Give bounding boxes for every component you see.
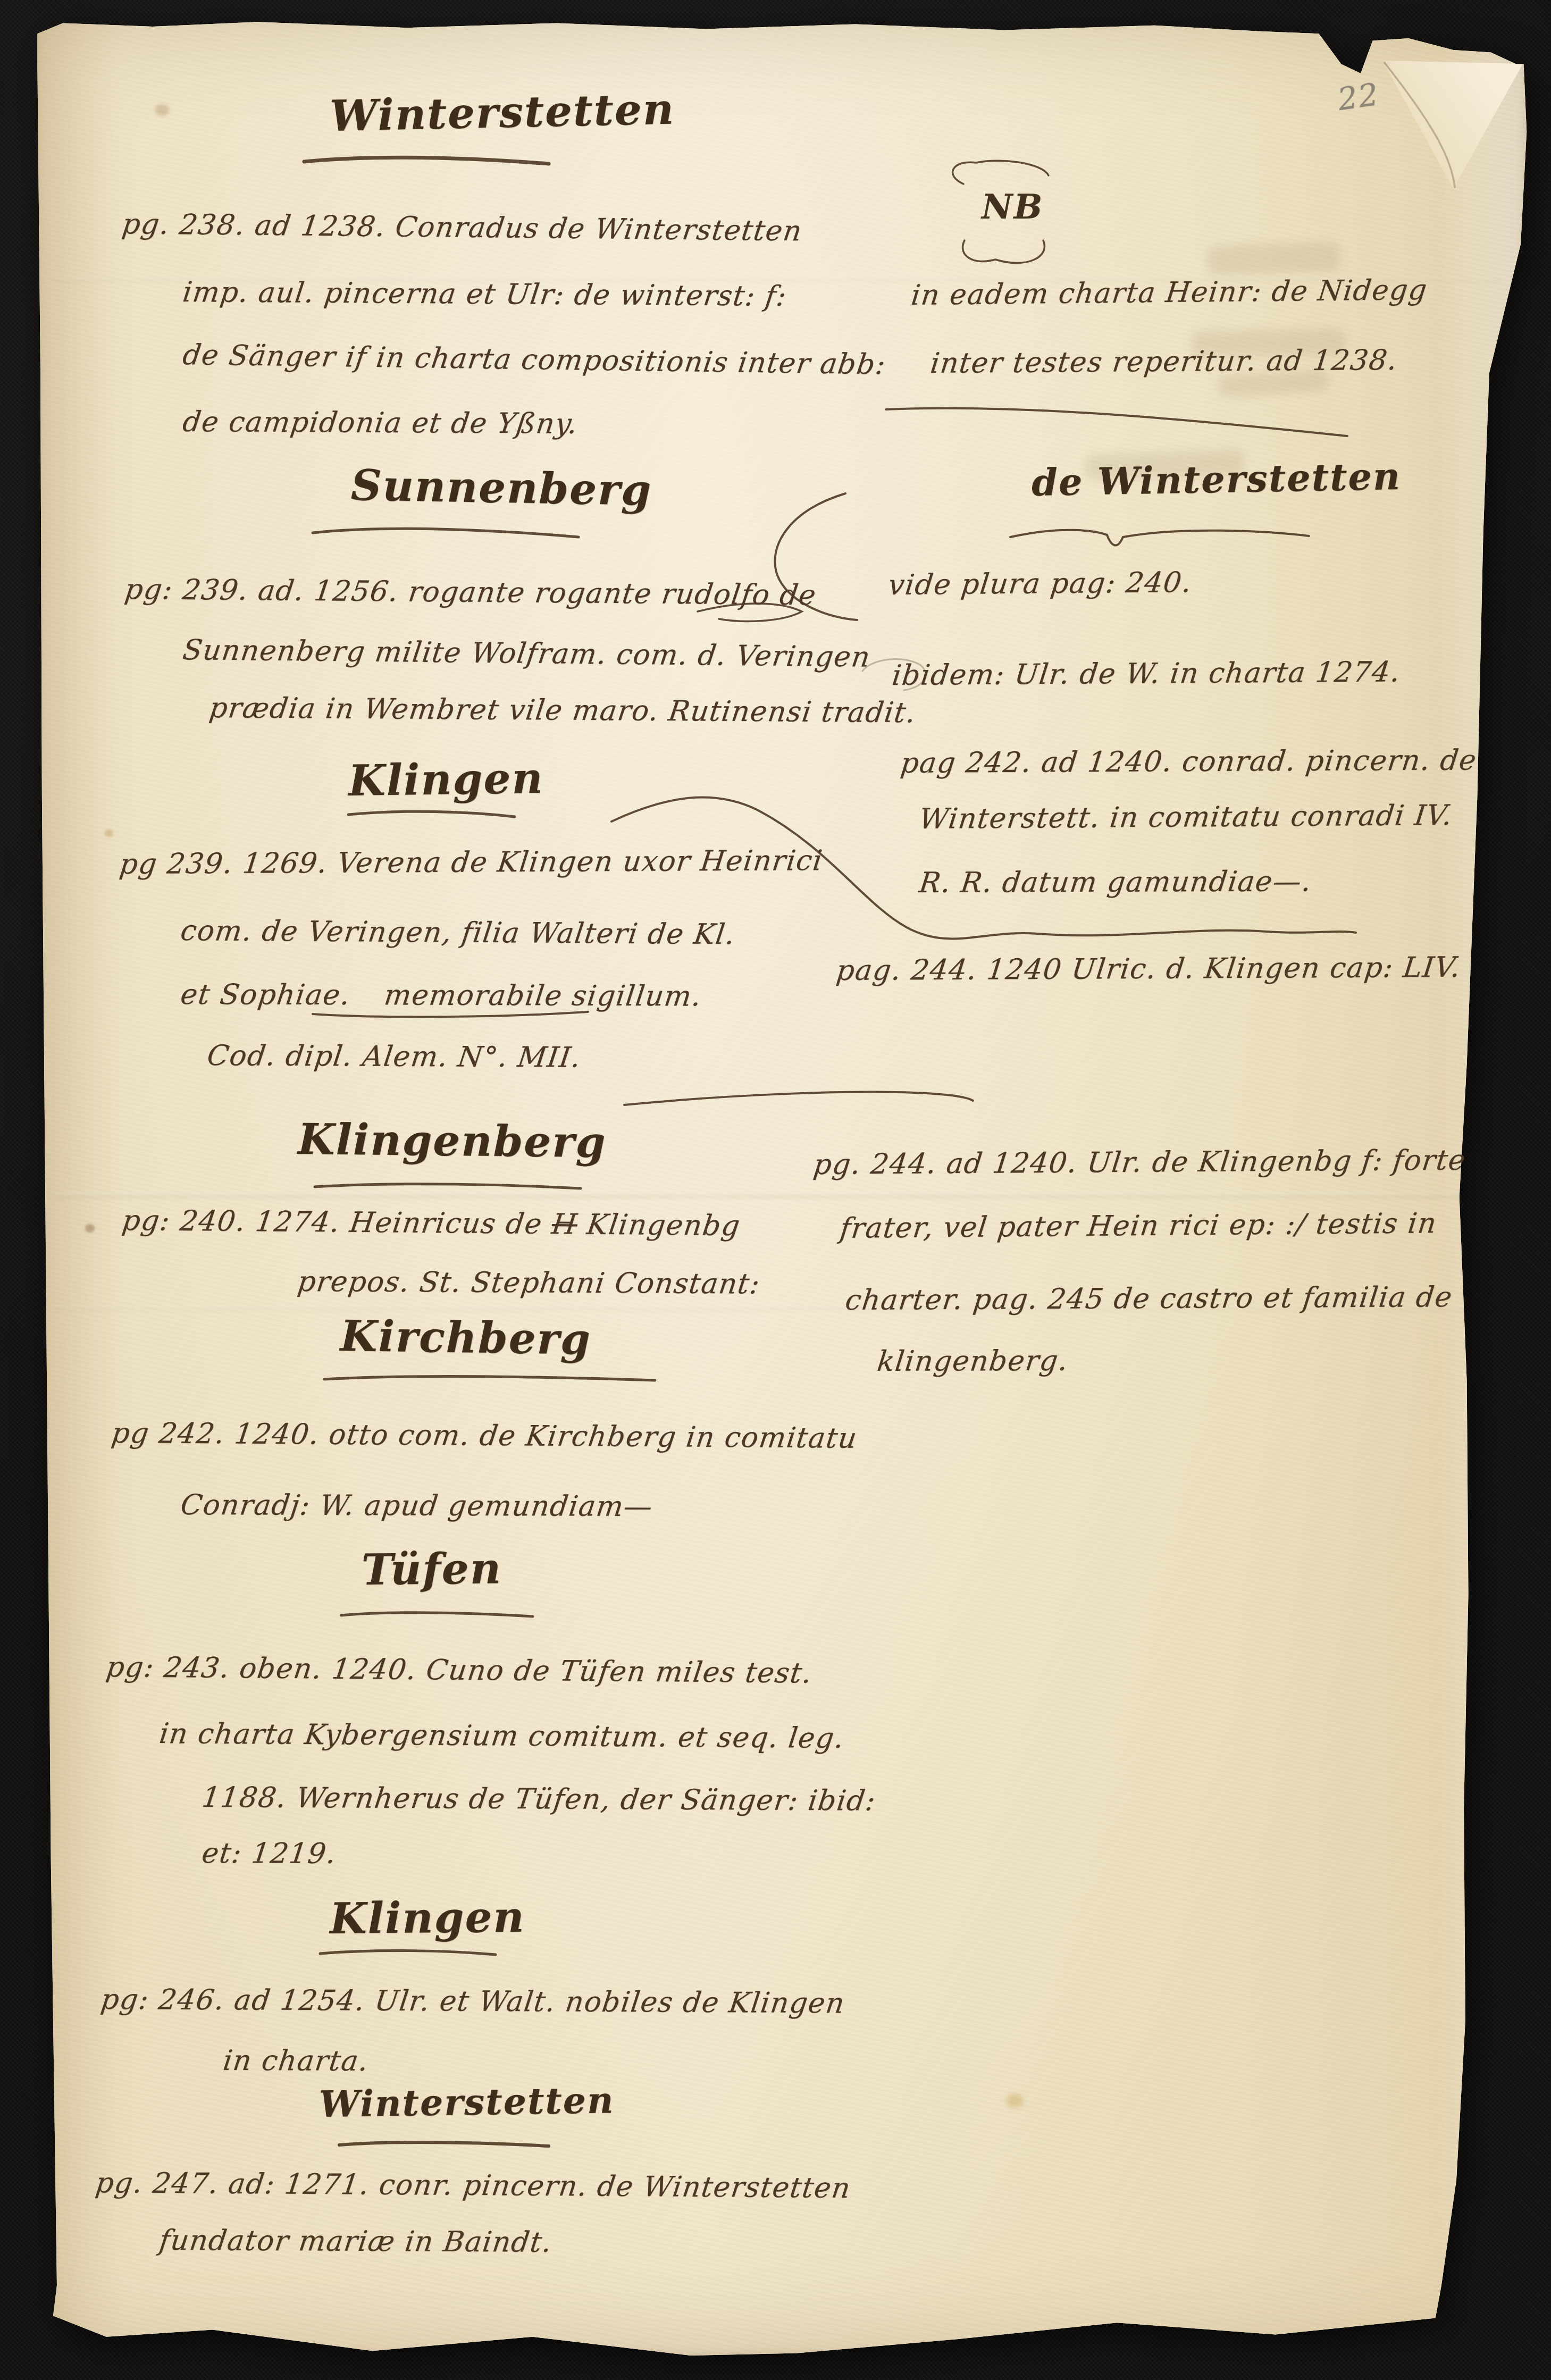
nota-bene-mark: NB	[982, 187, 1044, 227]
manuscript-line: imp. aul. pincerna et Ulr: de winterst: …	[180, 273, 789, 316]
section-heading: Tüfen	[361, 1541, 502, 1596]
manuscript-line: frater, vel pater Hein rici ep: :/ testi…	[838, 1204, 1439, 1248]
manuscript-line: inter testes reperitur. ad 1238.	[928, 341, 1400, 383]
pencil-page-number: 22	[1336, 76, 1382, 118]
underlined-phrase: memorabile sigillum.	[382, 979, 703, 1012]
manuscript-line: pg 239. 1269. Verena de Klingen uxor Hei…	[118, 842, 825, 884]
manuscript-line: pg 242. 1240. otto com. de Kirchberg in …	[109, 1414, 859, 1458]
manuscript-line: pg: 239. ad. 1256. rogante rogante rudol…	[122, 571, 818, 615]
section-heading: Winterstetten	[318, 2074, 615, 2131]
manuscript-content: 22 Winterstetten pg. 238. ad 1238. Conra…	[0, 0, 1551, 2380]
manuscript-line: pg: 246. ad 1254. Ulr. et Walt. nobiles …	[98, 1981, 847, 2023]
manuscript-line: pg: 243. oben. 1240. Cuno de Tüfen miles…	[104, 1648, 815, 1693]
manuscript-line: pag 242. ad 1240. conrad. pincern. de	[899, 741, 1479, 783]
section-heading: Kirchberg	[340, 1309, 591, 1366]
manuscript-line: Cod. dipl. Alem. N°. MII.	[205, 1037, 583, 1077]
manuscript-line: in charta.	[221, 2042, 371, 2081]
section-heading: Klingen	[348, 751, 544, 807]
manuscript-line: prepos. St. Stephani Constant:	[295, 1263, 762, 1304]
section-heading: Klingenberg	[297, 1112, 606, 1169]
archival-scan-page: { "document": { "pencil_page_number": "2…	[0, 0, 1551, 2380]
section-heading: Klingen	[330, 1890, 525, 1945]
manuscript-line: pg. 247. ad: 1271. conr. pincern. de Win…	[93, 2164, 853, 2208]
manuscript-line: et Sophiae.memorabile sigillum.	[178, 976, 704, 1016]
manuscript-line: pag. 244. 1240 Ulric. d. Klingen cap: LI…	[834, 949, 1463, 990]
line-fragment: et Sophiae.	[179, 978, 353, 1011]
manuscript-line: 1188. Wernherus de Tüfen, der Sänger: ib…	[199, 1779, 878, 1821]
manuscript-line: de Sänger if in charta compositionis int…	[180, 336, 888, 384]
manuscript-line: Sunnenberg milite Wolfram. com. d. Verin…	[180, 631, 873, 677]
manuscript-line: com. de Veringen, filia Walteri de Kl.	[178, 912, 737, 954]
manuscript-line: Winterstett. in comitatu conradi IV.	[917, 797, 1455, 839]
manuscript-line: et: 1219.	[199, 1834, 339, 1873]
line-fragment: Klingenbg	[575, 1208, 742, 1242]
manuscript-line: prædia in Wembret vile maro. Rutinensi t…	[207, 689, 918, 732]
section-heading: Sunnenberg	[350, 458, 652, 517]
manuscript-line: pg. 238. ad 1238. Conradus de Winterstet…	[120, 205, 804, 250]
section-heading: Winterstetten	[329, 82, 675, 143]
struck-letter: H	[550, 1208, 580, 1241]
section-heading: de Winterstetten	[1031, 450, 1401, 509]
manuscript-line: vide plura pag: 240.	[886, 564, 1194, 605]
manuscript-line: klingenberg.	[875, 1342, 1071, 1381]
manuscript-line: in charta Kybergensium comitum. et seq. …	[157, 1715, 846, 1758]
manuscript-line: charter. pag. 245 de castro et familia d…	[843, 1278, 1455, 1320]
manuscript-line: de campidonia et de Yßny.	[180, 403, 580, 443]
manuscript-line: pg. 244. ad 1240. Ulr. de Klingenbg f: f…	[811, 1141, 1468, 1184]
manuscript-line: R. R. datum gamundiae—.	[917, 862, 1314, 902]
manuscript-line: in eadem charta Heinr: de Nidegg	[909, 271, 1429, 315]
manuscript-line: fundator mariæ in Baindt.	[157, 2222, 554, 2262]
line-fragment: pg: 240. 1274. Heinricus de	[120, 1204, 554, 1241]
manuscript-line: ibidem: Ulr. de W. in charta 1274.	[890, 653, 1403, 695]
manuscript-line: pg: 240. 1274. Heinricus de H Klingenbg	[120, 1202, 743, 1245]
manuscript-line: Conradj: W. apud gemundiam—	[178, 1486, 655, 1526]
